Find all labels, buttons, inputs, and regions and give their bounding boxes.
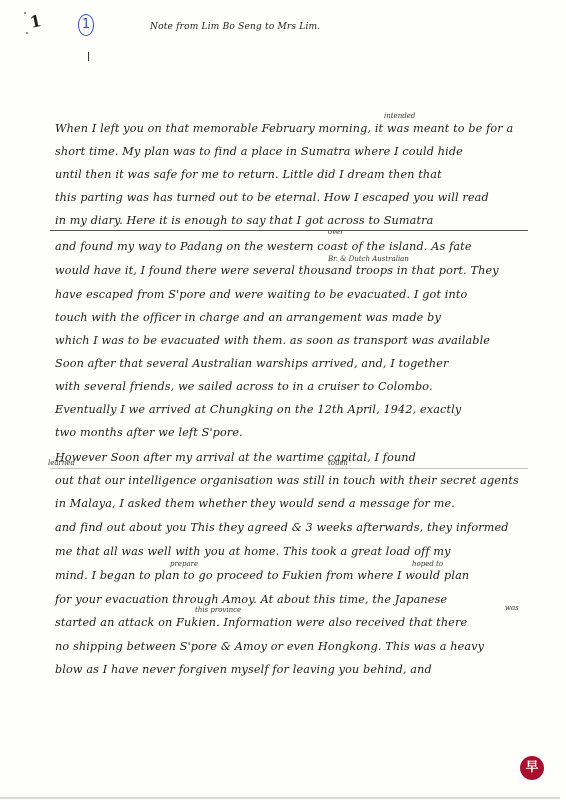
text-line: have escaped from S'pore and were waitin… — [55, 288, 467, 301]
text-line: out that our intelligence organisation w… — [55, 474, 519, 487]
text-line: When I left you on that memorable Februa… — [55, 122, 513, 135]
insertion: was — [505, 604, 519, 612]
text-line: for your evacuation through Amoy. At abo… — [55, 593, 447, 606]
text-line: in my diary. Here it is enough to say th… — [55, 214, 433, 227]
document-page: 1 1 Note from Lim Bo Seng to Mrs Lim. in… — [0, 0, 566, 800]
insertion: intended — [384, 112, 415, 120]
scan-edge — [0, 797, 560, 799]
text-line: touch with the officer in charge and an … — [55, 311, 441, 324]
note-title: Note from Lim Bo Seng to Mrs Lim. — [150, 22, 320, 32]
text-line: short time. My plan was to find a place … — [55, 145, 463, 158]
text-line: this parting was has turned out to be et… — [55, 191, 489, 204]
text-line: However Soon after my arrival at the war… — [55, 451, 416, 464]
text-line: would have it, I found there were severa… — [55, 264, 499, 277]
page-mark: 1 — [28, 11, 43, 32]
text-line: with several friends, we sailed across t… — [55, 380, 433, 393]
text-line: in Malaya, I asked them whether they wou… — [55, 497, 455, 510]
circled-page-number: 1 — [78, 14, 94, 36]
text-line: which I was to be evacuated with them. a… — [55, 334, 490, 347]
text-line: two months after we left S'pore. — [55, 426, 243, 439]
text-line: and find out about you This they agreed … — [55, 521, 509, 534]
text-line: and found my way to Padang on the wester… — [55, 240, 472, 253]
text-line: blow as I have never forgiven myself for… — [55, 663, 432, 676]
divider-line — [50, 468, 528, 469]
insertion: this province — [195, 606, 241, 614]
text-line: started an attack on Fukien. Information… — [55, 616, 467, 629]
scan-speck — [26, 32, 28, 34]
newspaper-logo: 早 — [520, 756, 544, 780]
text-line: Soon after that several Australian warsh… — [55, 357, 448, 370]
insertion: Br. & Dutch Australian — [328, 255, 409, 263]
text-line: mind. I began to plan to go proceed to F… — [55, 569, 469, 582]
text-line: until then it was safe for me to return.… — [55, 168, 442, 181]
text-line: me that all was well with you at home. T… — [55, 545, 451, 558]
scan-speck — [24, 12, 26, 14]
text-line: no shipping between S'pore & Amoy or eve… — [55, 640, 484, 653]
tick-mark — [88, 52, 89, 61]
divider-line — [50, 230, 528, 231]
insertion: prepare — [170, 560, 198, 568]
text-line: Eventually I we arrived at Chungking on … — [55, 403, 461, 416]
insertion: hoped to — [412, 560, 443, 568]
